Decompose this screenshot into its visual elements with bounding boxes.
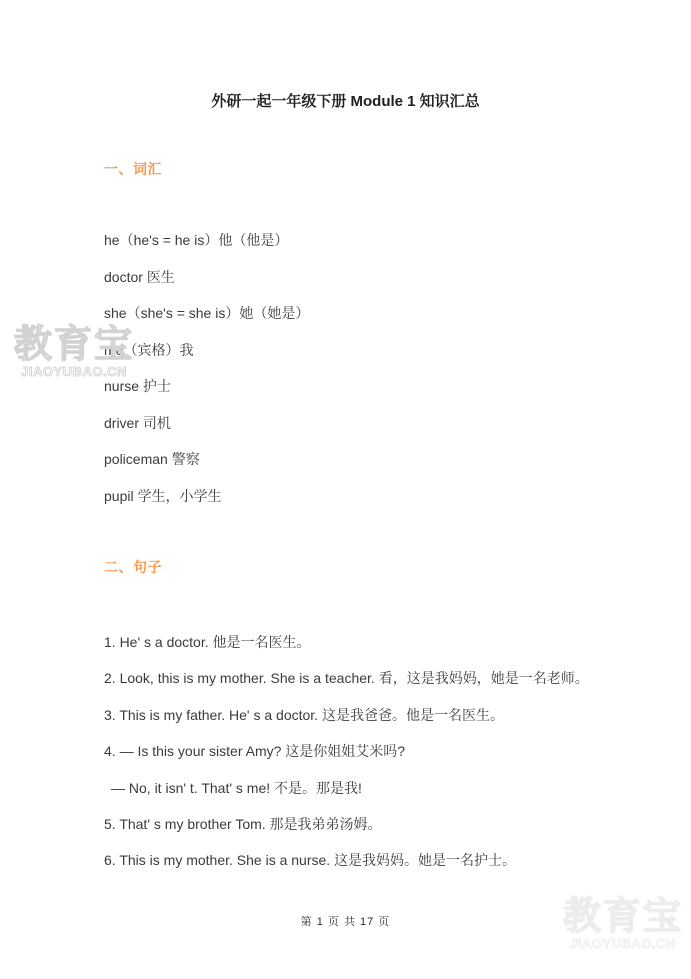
document-page: 教育宝 JIAOYUBAO.CN 外研一起一年级下册 Module 1 知识汇总… — [0, 0, 691, 979]
vocabulary-item: nurse 护士 — [104, 368, 671, 405]
sentence-item: 6. This is my mother. She is a nurse. 这是… — [104, 842, 671, 878]
vocabulary-item: she（she's = she is）她（她是） — [104, 295, 671, 332]
sentence-item: 2. Look, this is my mother. She is a tea… — [104, 660, 671, 696]
page-title: 外研一起一年级下册 Module 1 知识汇总 — [0, 91, 691, 113]
vocabulary-list: he（he's = he is）他（他是） doctor 医生 she（she'… — [104, 222, 671, 514]
sentence-item: 5. That' s my brother Tom. 那是我弟弟汤姆。 — [104, 806, 671, 842]
vocabulary-item: doctor 医生 — [104, 259, 671, 296]
vocabulary-item: policeman 警察 — [104, 441, 671, 478]
sentence-item: 4. — Is this your sister Amy? 这是你姐姐艾米吗? — [104, 733, 671, 769]
vocabulary-item: he（he's = he is）他（他是） — [104, 222, 671, 259]
sentence-item: 1. He' s a doctor. 他是一名医生。 — [104, 624, 671, 660]
section-heading-sentences: 二、句子 — [104, 557, 162, 577]
jiaoyubao-domain-text: JIAOYUBAO.CN — [563, 936, 683, 951]
vocabulary-item: pupil 学生，小学生 — [104, 478, 671, 515]
vocabulary-item: driver 司机 — [104, 405, 671, 442]
sentence-item-reply: — No, it isn' t. That' s me! 不是。那是我! — [104, 770, 671, 806]
vocabulary-item: me（宾格）我 — [104, 332, 671, 369]
sentence-list: 1. He' s a doctor. 他是一名医生。 2. Look, this… — [104, 624, 671, 879]
page-number: 第 1 页 共 17 页 — [0, 913, 691, 929]
section-heading-vocabulary: 一、词汇 — [104, 159, 162, 179]
sentence-item: 3. This is my father. He' s a doctor. 这是… — [104, 697, 671, 733]
